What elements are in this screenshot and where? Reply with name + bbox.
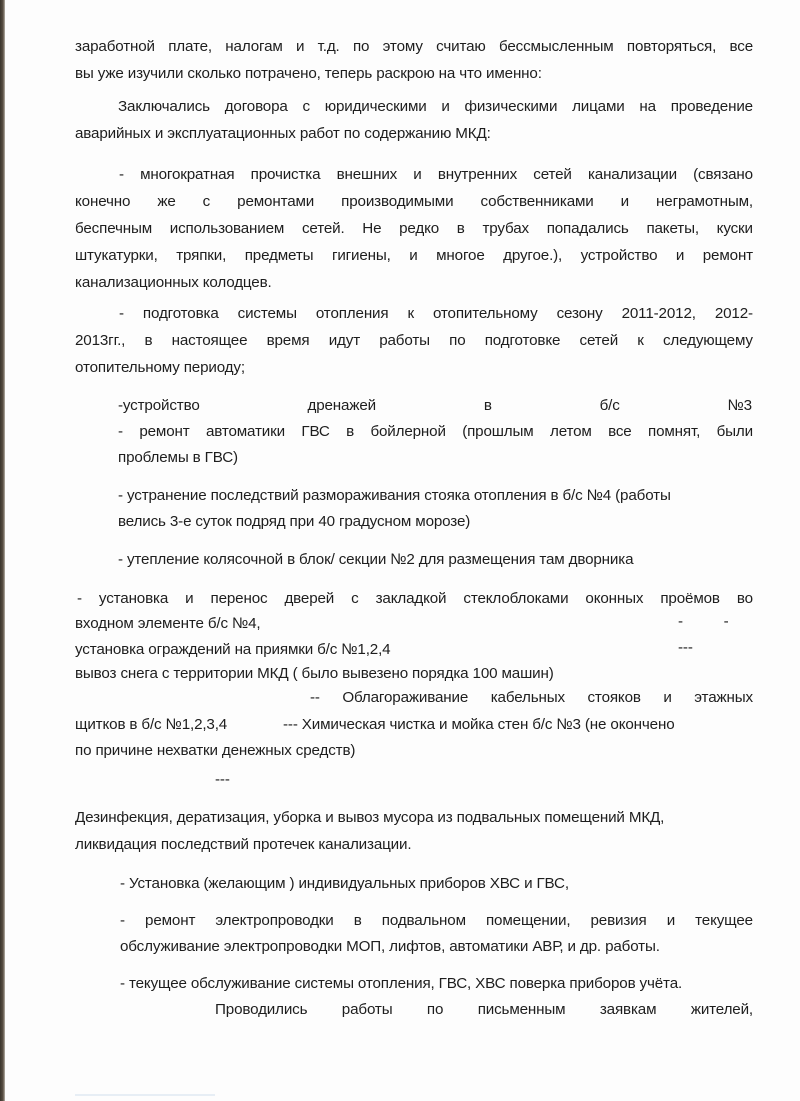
word: многое — [436, 246, 484, 266]
word: (прошлым — [462, 422, 533, 442]
word: считаю — [436, 37, 486, 57]
text-line: по причине нехватки денежных средств) — [75, 741, 355, 761]
word: пакеты, — [646, 219, 698, 239]
word: б/с — [600, 396, 620, 416]
text-line: -подготовкасистемыотоплениякотопительном… — [119, 304, 753, 324]
word: кабельных — [491, 688, 565, 708]
word: ревизия — [591, 911, 647, 931]
text-line: щитков в б/с №1,2,3,4 — [75, 715, 227, 735]
word: подготовка — [143, 304, 219, 324]
word: внутренних — [438, 165, 517, 185]
text-line: вывоз снега с территории МКД ( было выве… — [75, 664, 554, 684]
word: договора — [225, 97, 288, 117]
word: многократная — [140, 165, 234, 185]
word: бессмысленным — [499, 37, 614, 57]
word: - — [118, 422, 123, 442]
text-line: 2013гг.,внастоящеевремяидутработыпоподго… — [75, 331, 753, 351]
word: устройство — [581, 246, 658, 266]
word: и — [663, 688, 671, 708]
word: прочистка — [251, 165, 321, 185]
word: (связано — [693, 165, 753, 185]
text-line: Проводилисьработыпописьменнымзаявкамжите… — [215, 1000, 753, 1020]
word: работы — [342, 1000, 393, 1020]
word: -- — [310, 688, 320, 708]
word: и — [409, 246, 417, 266]
word: работы — [379, 331, 430, 351]
text-line: Дезинфекция, дератизация, уборка и вывоз… — [75, 808, 664, 828]
word: неграмотным, — [656, 192, 753, 212]
word: Заключались — [118, 97, 210, 117]
word: были — [717, 422, 753, 442]
text-line: --- Химическая чистка и мойка стен б/с №… — [283, 715, 675, 735]
word: конечно — [75, 192, 130, 212]
word: письменным — [478, 1000, 566, 1020]
word: идут — [329, 331, 360, 351]
word: на — [639, 97, 656, 117]
word: текущее — [695, 911, 753, 931]
word: по — [353, 37, 369, 57]
text-line: отопительному периоду; — [75, 358, 245, 378]
word: и — [441, 97, 449, 117]
scan-artifact — [75, 1094, 215, 1096]
word: 2013гг., — [75, 331, 125, 351]
text-line: -ремонтэлектропроводкивподвальномпомещен… — [120, 911, 753, 931]
text-line: -устройстводренажейвб/с№3 — [118, 396, 752, 416]
word: и — [296, 37, 304, 57]
word: - — [77, 589, 82, 609]
word: беспечным — [75, 219, 152, 239]
word: в — [484, 396, 492, 416]
text-line: установка ограждений на приямки б/с №1,2… — [75, 640, 390, 660]
word: в — [354, 911, 362, 931]
word: к — [407, 304, 414, 324]
text-line: - Установка (желающим ) индивидуальных п… — [120, 874, 569, 894]
word: - — [119, 304, 124, 324]
word: подготовке — [485, 331, 561, 351]
word: другое.), — [503, 246, 562, 266]
word: редко — [399, 219, 439, 239]
text-line: конечножесремонтамипроизводимымисобствен… — [75, 192, 753, 212]
word: штукатурки, — [75, 246, 158, 266]
word: и — [621, 192, 629, 212]
word: автоматики — [206, 422, 285, 442]
text-line: - - — [678, 612, 729, 632]
word: использованием — [170, 219, 284, 239]
word: же — [157, 192, 175, 212]
word: сетей — [533, 165, 572, 185]
text-line: --- — [678, 638, 693, 658]
word: плате, — [168, 37, 212, 57]
text-line: беспечнымиспользованиемсетей.Нередковтру… — [75, 219, 753, 239]
word: все — [730, 37, 754, 57]
text-line: заработнойплате,налогамит.д.поэтомусчита… — [75, 37, 753, 57]
word: №3 — [728, 396, 752, 416]
word: перенос — [211, 589, 268, 609]
word: по — [427, 1000, 443, 1020]
text-line: проблемы в ГВС) — [118, 448, 238, 468]
text-line: вы уже изучили сколько потрачено, теперь… — [75, 64, 542, 84]
word: подвальном — [382, 911, 466, 931]
word: в — [346, 422, 354, 442]
text-line: -установкаипереносдверейсзакладкойстекло… — [77, 589, 753, 609]
word: электропроводки — [215, 911, 333, 931]
word: с — [203, 192, 210, 212]
word: закладкой — [376, 589, 447, 609]
text-line: - устранение последствий размораживания … — [118, 486, 671, 506]
word: с — [302, 97, 309, 117]
word: заработной — [75, 37, 155, 57]
scanned-document-page: заработнойплате,налогамит.д.поэтомусчита… — [0, 0, 800, 1101]
word: отопления — [316, 304, 389, 324]
word: дренажей — [308, 396, 376, 416]
word: стояков — [587, 688, 640, 708]
text-line: входном элементе б/с №4, — [75, 614, 261, 634]
text-line: велись 3-е суток подряд при 40 градусном… — [118, 512, 470, 532]
word: летом — [550, 422, 592, 442]
text-line: --- — [215, 770, 230, 790]
word: все — [608, 422, 632, 442]
word: и — [667, 911, 675, 931]
word: в — [457, 219, 465, 239]
word: во — [737, 589, 753, 609]
word: куски — [717, 219, 753, 239]
word: производимыми — [341, 192, 453, 212]
word: ремонт — [139, 422, 189, 442]
word: и — [413, 165, 421, 185]
word: лицами — [572, 97, 625, 117]
word: ремонт — [145, 911, 195, 931]
word: трубах — [482, 219, 529, 239]
word: ремонтами — [237, 192, 314, 212]
word: собственниками — [480, 192, 593, 212]
word: Облагораживание — [342, 688, 468, 708]
text-line: обслуживание электропроводки МОП, лифтов… — [120, 937, 660, 957]
word: время — [267, 331, 310, 351]
word: предметы — [245, 246, 314, 266]
word: помнят, — [648, 422, 700, 442]
word: проёмов — [660, 589, 719, 609]
word: повторяться, — [627, 37, 716, 57]
word: физическими — [465, 97, 558, 117]
text-line: - текущее обслуживание системы отопления… — [120, 974, 682, 994]
word: - — [119, 165, 124, 185]
word: помещении, — [486, 911, 570, 931]
text-line: -ремонтавтоматикиГВСвбойлерной(прошлымле… — [118, 422, 753, 442]
word: т.д. — [318, 37, 340, 57]
word: тряпки, — [176, 246, 226, 266]
text-line: Заключалисьдоговорасюридическимиифизичес… — [118, 97, 753, 117]
text-line: канализационных колодцев. — [75, 273, 272, 293]
text-line: аварийных и эксплуатационных работ по со… — [75, 124, 491, 144]
word: 2012- — [715, 304, 753, 324]
word: этажных — [694, 688, 753, 708]
word: проведение — [671, 97, 753, 117]
word: и — [676, 246, 684, 266]
word: жителей, — [691, 1000, 753, 1020]
word: бойлерной — [370, 422, 445, 442]
word: с — [351, 589, 358, 609]
text-line: ликвидация последствий протечек канализа… — [75, 835, 411, 855]
word: установка — [99, 589, 168, 609]
word: по — [449, 331, 465, 351]
text-line: -многократнаяпрочисткавнешнихивнутренних… — [119, 165, 753, 185]
word: попадались — [547, 219, 629, 239]
text-line: - утепление колясочной в блок/ секции №2… — [118, 550, 633, 570]
word: заявкам — [600, 1000, 657, 1020]
word: Не — [362, 219, 381, 239]
word: сезону — [557, 304, 603, 324]
word: гигиены, — [332, 246, 391, 266]
word: этому — [383, 37, 423, 57]
word: следующему — [663, 331, 753, 351]
word: оконных — [585, 589, 643, 609]
word: настоящее — [172, 331, 248, 351]
word: в — [144, 331, 152, 351]
word: системы — [238, 304, 297, 324]
text-line: штукатурки,тряпки,предметыгигиены,имного… — [75, 246, 753, 266]
word: стеклоблоками — [463, 589, 568, 609]
word: ремонт — [703, 246, 753, 266]
word: Проводились — [215, 1000, 307, 1020]
word: налогам — [225, 37, 282, 57]
word: канализации — [588, 165, 677, 185]
word: отопительному — [433, 304, 538, 324]
text-line: --Облагораживаниекабельныхстояковиэтажны… — [310, 688, 753, 708]
word: -устройство — [118, 396, 200, 416]
word: к — [637, 331, 644, 351]
word: сетей — [580, 331, 619, 351]
word: ГВС — [301, 422, 329, 442]
word: 2011-2012, — [622, 304, 696, 324]
word: внешних — [337, 165, 398, 185]
word: сетей. — [302, 219, 345, 239]
word: юридическими — [325, 97, 427, 117]
word: и — [185, 589, 193, 609]
word: дверей — [284, 589, 334, 609]
word: - — [120, 911, 125, 931]
